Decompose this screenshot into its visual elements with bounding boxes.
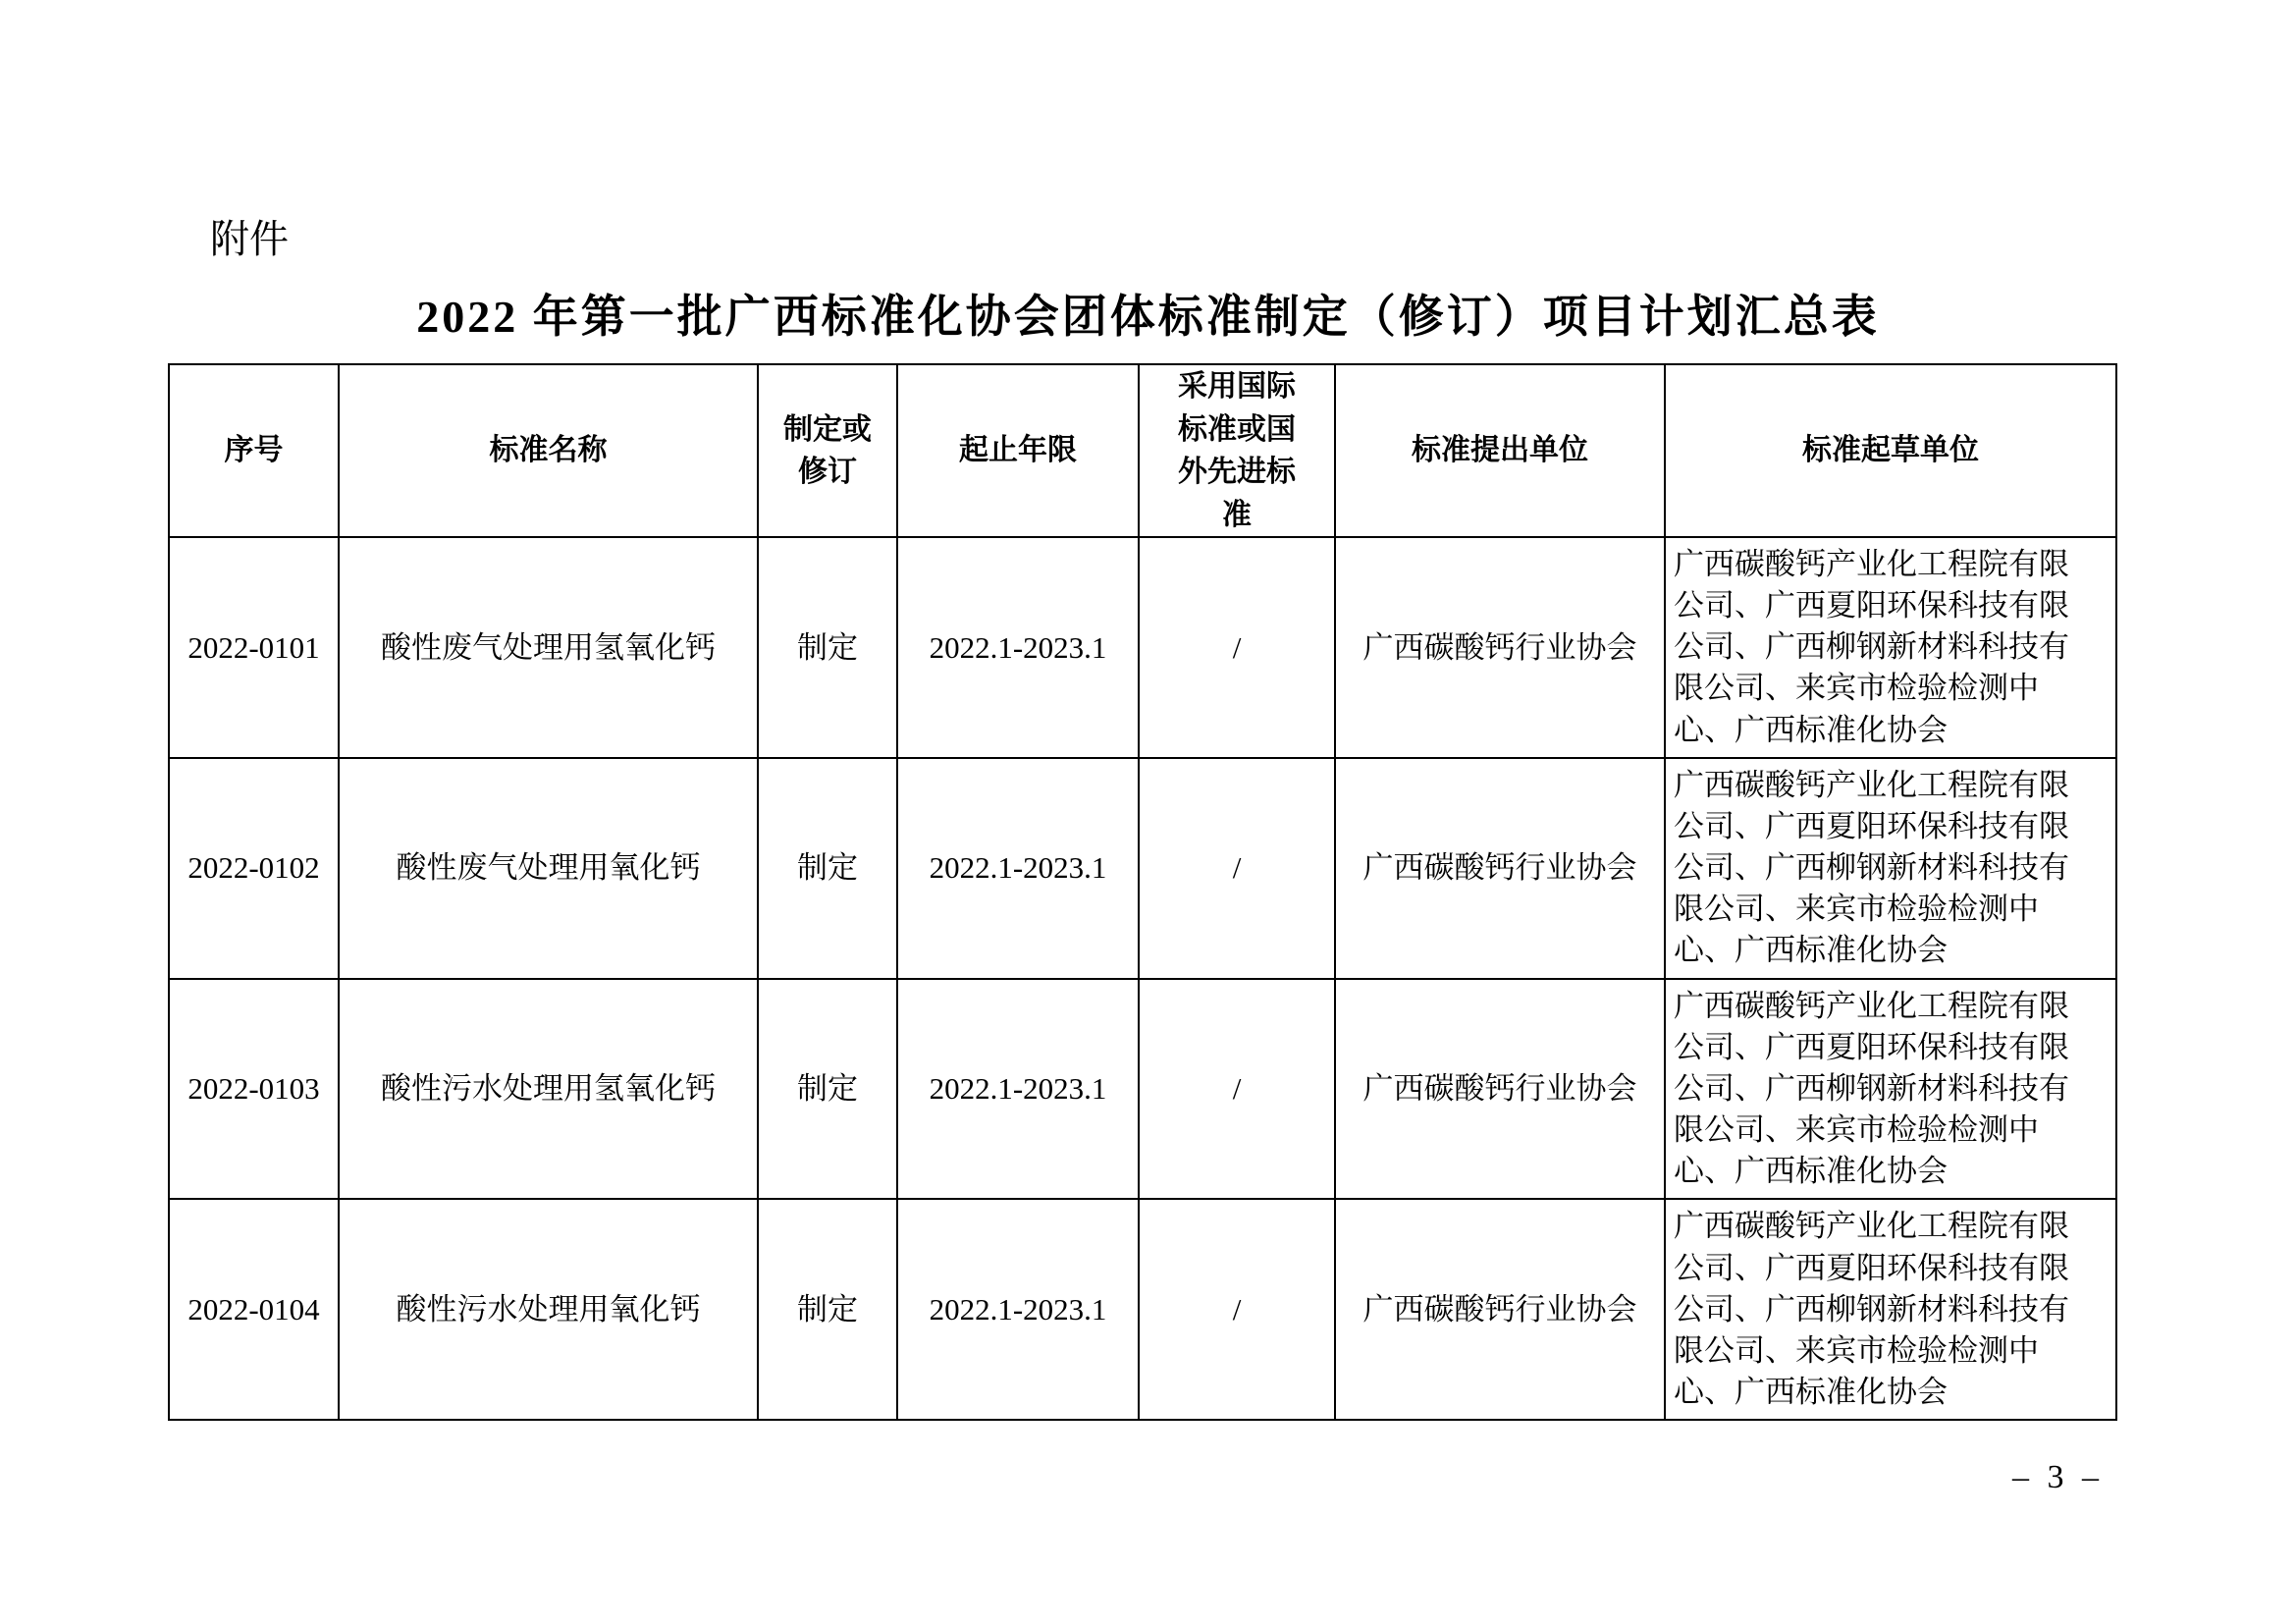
cell-international-standard: / [1139, 537, 1335, 758]
cell-time-range: 2022.1-2023.1 [897, 758, 1139, 979]
attachment-label: 附件 [210, 208, 289, 264]
col-header-drafting-unit-label: 标准起草单位 [1802, 434, 1979, 466]
col-header-serial-label: 序号 [225, 434, 284, 466]
cell-serial: 2022-0103 [169, 979, 339, 1200]
cell-proposing-unit: 广西碳酸钙行业协会 [1335, 537, 1665, 758]
page-title: 2022 年第一批广西标准化协会团体标准制定（修订）项目计划汇总表 [0, 281, 2296, 346]
page-number: – 3 – [2012, 1459, 2104, 1496]
cell-formulate-or-revise: 制定 [758, 1199, 897, 1420]
col-header-proposing-unit-label: 标准提出单位 [1412, 434, 1588, 466]
cell-time-range: 2022.1-2023.1 [897, 1199, 1139, 1420]
table-row: 2022-0102 酸性废气处理用氧化钙 制定 2022.1-2023.1 / … [169, 758, 2116, 979]
cell-serial: 2022-0104 [169, 1199, 339, 1420]
cell-international-standard: / [1139, 1199, 1335, 1420]
cell-standard-name: 酸性废气处理用氧化钙 [339, 758, 758, 979]
col-header-standard-name: 标准名称 [339, 364, 758, 537]
col-header-serial: 序号 [169, 364, 339, 537]
cell-proposing-unit: 广西碳酸钙行业协会 [1335, 979, 1665, 1200]
cell-formulate-or-revise: 制定 [758, 979, 897, 1200]
col-header-international-standard: 采用国际标准或国外先进标准 [1139, 364, 1335, 537]
cell-standard-name: 酸性废气处理用氢氧化钙 [339, 537, 758, 758]
cell-international-standard: / [1139, 758, 1335, 979]
cell-drafting-unit: 广西碳酸钙产业化工程院有限公司、广西夏阳环保科技有限公司、广西柳钢新材料科技有限… [1665, 979, 2116, 1200]
col-header-proposing-unit: 标准提出单位 [1335, 364, 1665, 537]
standards-plan-table: 序号 标准名称 制定或修订 起止年限 采用国际标准或国外先进标准 标准提出单位 [168, 363, 2117, 1421]
cell-international-standard: / [1139, 979, 1335, 1200]
table-row: 2022-0103 酸性污水处理用氢氧化钙 制定 2022.1-2023.1 /… [169, 979, 2116, 1200]
cell-proposing-unit: 广西碳酸钙行业协会 [1335, 1199, 1665, 1420]
col-header-time-range: 起止年限 [897, 364, 1139, 537]
cell-drafting-unit: 广西碳酸钙产业化工程院有限公司、广西夏阳环保科技有限公司、广西柳钢新材料科技有限… [1665, 537, 2116, 758]
table-header-row: 序号 标准名称 制定或修订 起止年限 采用国际标准或国外先进标准 标准提出单位 [169, 364, 2116, 537]
table-row: 2022-0104 酸性污水处理用氧化钙 制定 2022.1-2023.1 / … [169, 1199, 2116, 1420]
cell-standard-name: 酸性污水处理用氢氧化钙 [339, 979, 758, 1200]
document-page: 附件 2022 年第一批广西标准化协会团体标准制定（修订）项目计划汇总表 序号 … [0, 0, 2296, 1624]
cell-drafting-unit: 广西碳酸钙产业化工程院有限公司、广西夏阳环保科技有限公司、广西柳钢新材料科技有限… [1665, 1199, 2116, 1420]
cell-formulate-or-revise: 制定 [758, 758, 897, 979]
cell-formulate-or-revise: 制定 [758, 537, 897, 758]
col-header-international-standard-label: 采用国际标准或国外先进标准 [1178, 365, 1296, 536]
cell-time-range: 2022.1-2023.1 [897, 537, 1139, 758]
cell-serial: 2022-0102 [169, 758, 339, 979]
cell-proposing-unit: 广西碳酸钙行业协会 [1335, 758, 1665, 979]
col-header-formulate-or-revise: 制定或修订 [758, 364, 897, 537]
col-header-drafting-unit: 标准起草单位 [1665, 364, 2116, 537]
col-header-time-range-label: 起止年限 [959, 434, 1077, 466]
table-row: 2022-0101 酸性废气处理用氢氧化钙 制定 2022.1-2023.1 /… [169, 537, 2116, 758]
cell-drafting-unit: 广西碳酸钙产业化工程院有限公司、广西夏阳环保科技有限公司、广西柳钢新材料科技有限… [1665, 758, 2116, 979]
cell-serial: 2022-0101 [169, 537, 339, 758]
col-header-formulate-or-revise-label: 制定或修订 [783, 408, 872, 494]
cell-standard-name: 酸性污水处理用氧化钙 [339, 1199, 758, 1420]
col-header-standard-name-label: 标准名称 [490, 434, 608, 466]
cell-time-range: 2022.1-2023.1 [897, 979, 1139, 1200]
